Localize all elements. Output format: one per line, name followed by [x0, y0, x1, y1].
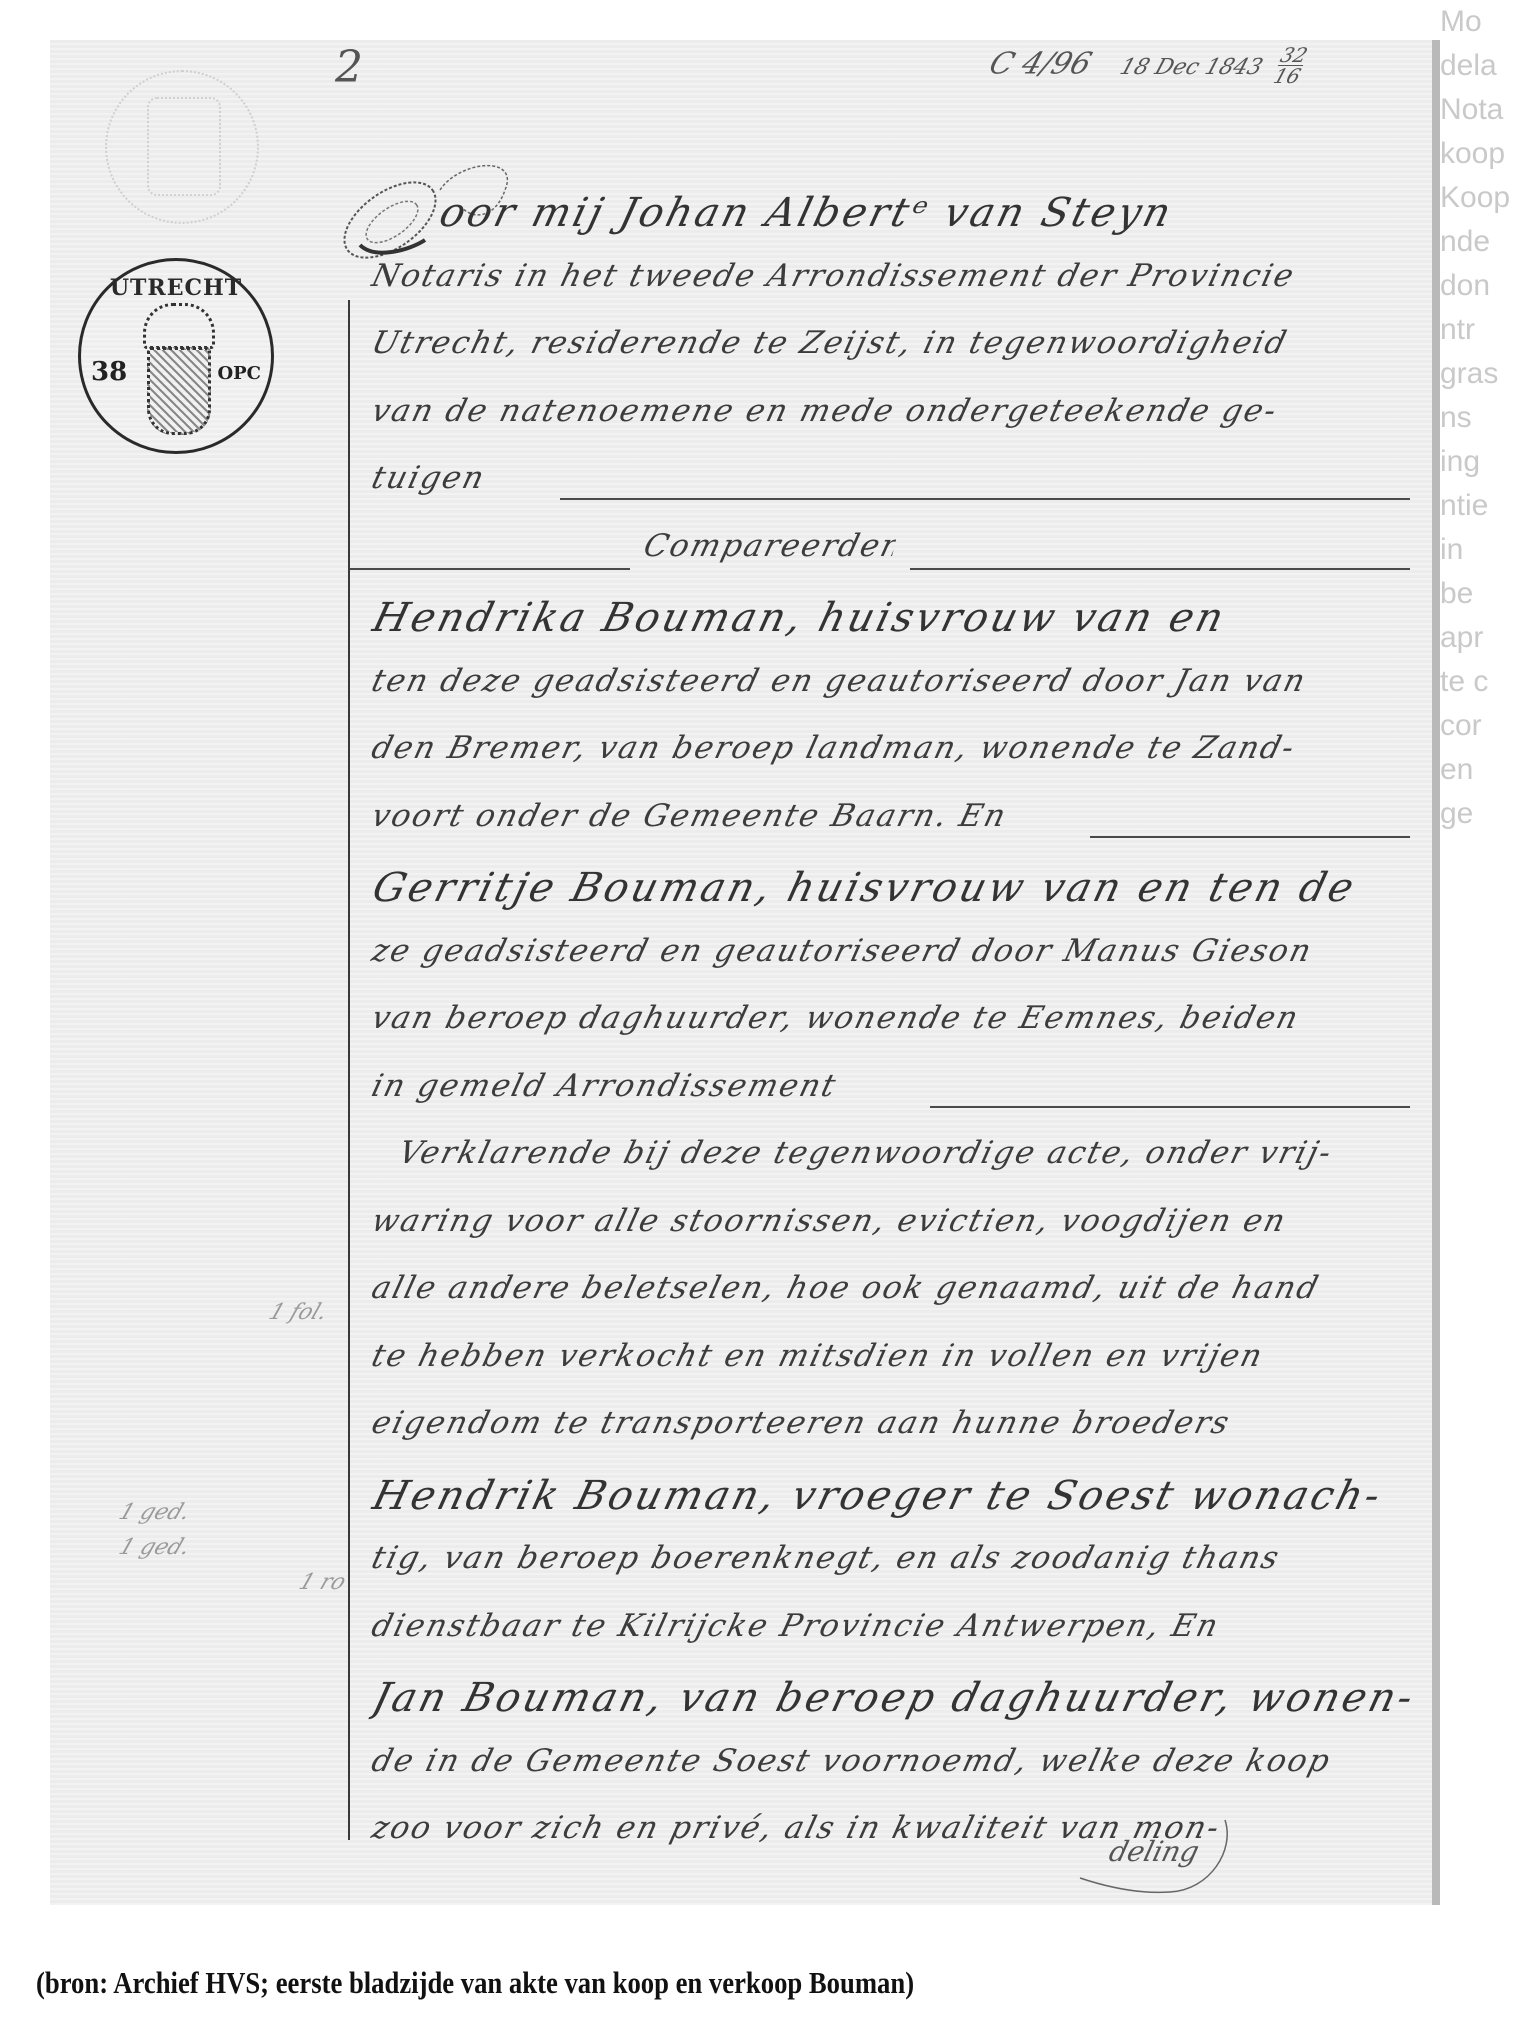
- reference-notation: C 4/96 18 Dec 1843 32 16: [983, 45, 1310, 86]
- deed-line: te hebben verkocht en mitsdien in vollen…: [368, 1338, 1427, 1374]
- margin-note: 1 ged.: [115, 1535, 193, 1560]
- deed-line: Verklarende bij deze tegenwoordige acte,…: [395, 1135, 1454, 1171]
- deed-line: Gerritje Bouman, huisvrouw van en ten de: [368, 865, 1429, 911]
- bleed-line: ge: [1440, 792, 1516, 836]
- bleed-line: ns: [1440, 396, 1516, 440]
- figure-caption: (bron: Archief HVS; eerste bladzijde van…: [36, 1965, 914, 2001]
- deed-line: Compareerden: [640, 528, 899, 564]
- deed-line: van beroep daghuurder, wonende te Eemnes…: [368, 1000, 1427, 1036]
- stamp-city: UTRECHT: [81, 275, 271, 301]
- bleed-line: dela: [1440, 44, 1516, 88]
- page-number: 2: [335, 42, 363, 93]
- bleed-line: en: [1440, 748, 1516, 792]
- margin-rule: [348, 300, 350, 1840]
- utrecht-tax-stamp: UTRECHT 38 OPC: [78, 258, 274, 454]
- bleed-line: ntr: [1440, 308, 1516, 352]
- bleed-line: Nota: [1440, 88, 1516, 132]
- deed-line: Hendrika Bouman, huisvrouw van en: [368, 595, 1429, 641]
- heading-rule-left: [350, 568, 630, 570]
- deed-line: ze geadsisteerd en geautoriseerd door Ma…: [368, 933, 1427, 969]
- deed-line: ten deze geadsisteerd en geautoriseerd d…: [368, 663, 1427, 699]
- margin-note: 1 fol.: [265, 1300, 331, 1325]
- deed-line: zoo voor zich en privé, als in kwaliteit…: [368, 1810, 1427, 1846]
- deed-line: Utrecht, residerende te Zeijst, in tegen…: [368, 325, 1427, 361]
- bleed-line: ntie: [1440, 484, 1516, 528]
- shield-icon: [147, 347, 211, 435]
- stamp-value: 38: [91, 357, 127, 387]
- deed-line: dienstbaar te Kilrijcke Provincie Antwer…: [368, 1608, 1427, 1644]
- deed-line: Jan Bouman, van beroep daghuurder, wonen…: [368, 1675, 1429, 1721]
- bleed-line: ing: [1440, 440, 1516, 484]
- bleed-line: apr: [1440, 616, 1516, 660]
- heading-rule-right: [910, 568, 1410, 570]
- deed-line: oor mij Johan Albertᵉ van Steyn: [435, 190, 1496, 236]
- deed-line: in gemeld Arrondissement: [368, 1068, 1427, 1104]
- deed-line: tuigen: [368, 460, 1427, 496]
- deed-line: eigendom te transporteeren aan hunne bro…: [368, 1405, 1427, 1441]
- margin-note: 1 ged.: [115, 1500, 193, 1525]
- bleed-line: cor: [1440, 704, 1516, 748]
- margin-note: 1 ro: [295, 1570, 349, 1595]
- crown-icon: [143, 303, 215, 349]
- bleed-line: in: [1440, 528, 1516, 572]
- deed-line: Notaris in het tweede Arrondissement der…: [368, 258, 1427, 294]
- line-filler-rule: [930, 1106, 1410, 1108]
- bleed-line: te c: [1440, 660, 1516, 704]
- line-filler-rule: [560, 498, 1410, 500]
- bleed-line: don: [1440, 264, 1516, 308]
- deed-line: van de natenoemene en mede ondergeteeken…: [368, 393, 1427, 429]
- stamp-unit: OPC: [217, 363, 261, 384]
- catchword: deling: [1106, 1835, 1203, 1868]
- deed-line: tig, van beroep boerenknegt, en als zood…: [368, 1540, 1427, 1576]
- reference-date: 18 Dec 1843: [1117, 55, 1266, 80]
- bleed-line: koop: [1440, 132, 1516, 176]
- deed-line: waring voor alle stoornissen, evictien, …: [368, 1203, 1427, 1239]
- bleed-line: be: [1440, 572, 1516, 616]
- bleed-line: gras: [1440, 352, 1516, 396]
- bleed-line: Mo: [1440, 0, 1516, 44]
- deed-line: de in de Gemeente Soest voornoemd, welke…: [368, 1743, 1427, 1779]
- deed-line: voort onder de Gemeente Baarn. En: [368, 798, 1427, 834]
- line-filler-rule: [1090, 836, 1410, 838]
- deed-line: Hendrik Bouman, vroeger te Soest wonach-: [368, 1473, 1429, 1519]
- deed-line: den Bremer, van beroep landman, wonende …: [368, 730, 1427, 766]
- deed-line: alle andere beletselen, hoe ook genaamd,…: [368, 1270, 1427, 1306]
- faint-stamp-icon: [105, 70, 259, 224]
- reference-code: C 4/96: [985, 47, 1096, 82]
